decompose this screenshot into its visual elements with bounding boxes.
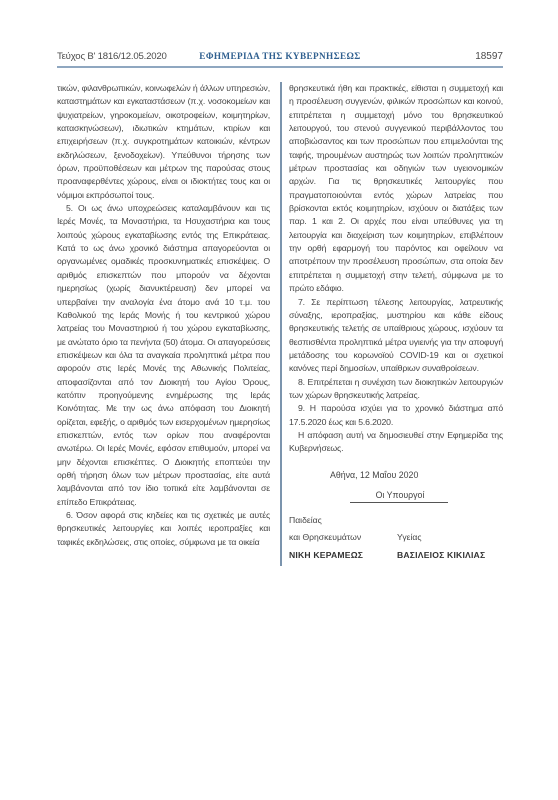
page-header: Τεύχος Β' 1816/12.05.2020 ΕΦΗΜΕΡΙΔΑ ΤΗΣ …	[57, 50, 503, 64]
paragraph-7: 7. Σε περίπτωση τέλεσης λειτουργίας, λατ…	[289, 296, 503, 376]
publication-order: Η απόφαση αυτή να δημοσιευθεί στην Εφημε…	[289, 429, 503, 456]
minister-1-ministry-line2: και Θρησκευμάτων	[289, 532, 361, 542]
right-column: θρησκευτικά ήθη και πρακτικές, είθισται …	[289, 82, 503, 456]
minister-2-ministry: Υγείας	[397, 532, 421, 542]
gazette-title: ΕΦΗΜΕΡΙΔΑ ΤΗΣ ΚΥΒΕΡΝΗΣΕΩΣ	[57, 51, 503, 61]
minister-2-name: ΒΑΣΙΛΕΙΟΣ ΚΙΚΙΛΙΑΣ	[397, 550, 485, 560]
paragraph-5: 5. Οι ως άνω υποχρεώσεις καταλαμβάνουν κ…	[57, 202, 270, 509]
left-column: τικών, φιλανθρωπικών, κοινωφελών ή άλλων…	[57, 82, 270, 549]
signature-rule	[350, 502, 448, 503]
paragraph-6-continuation: θρησκευτικά ήθη και πρακτικές, είθισται …	[289, 82, 503, 296]
header-rule	[57, 66, 503, 68]
signatories-title: Οι Υπουργοί	[350, 490, 450, 500]
minister-1-name: ΝΙΚΗ ΚΕΡΑΜΕΩΣ	[289, 550, 363, 560]
column-divider	[280, 82, 282, 566]
paragraph-9: 9. Η παρούσα ισχύει για το χρονικό διάστ…	[289, 402, 503, 429]
page-number: 18597	[475, 51, 503, 62]
minister-1-ministry-line1: Παιδείας	[289, 515, 322, 525]
gazette-page: Τεύχος Β' 1816/12.05.2020 ΕΦΗΜΕΡΙΔΑ ΤΗΣ …	[0, 0, 558, 800]
paragraph-continuation: τικών, φιλανθρωπικών, κοινωφελών ή άλλων…	[57, 82, 270, 202]
paragraph-6: 6. Όσον αφορά στις κηδείες και τις σχετι…	[57, 509, 270, 549]
place-date: Αθήνα, 12 Μαΐου 2020	[330, 470, 418, 480]
paragraph-8: 8. Επιτρέπεται η συνέχιση των διοικητικώ…	[289, 376, 503, 403]
